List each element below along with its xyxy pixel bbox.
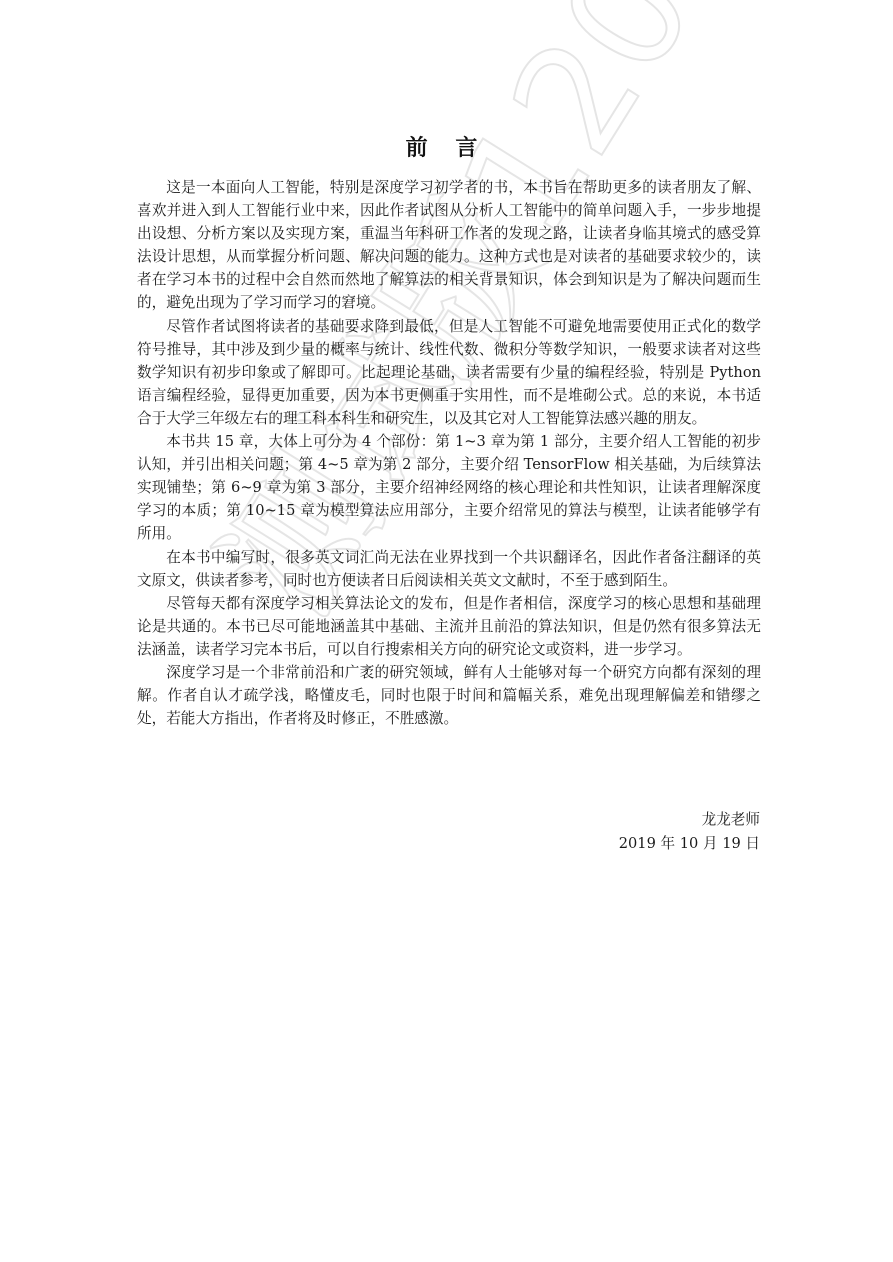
paragraph-closing: 深度学习是一个非常前沿和广袤的研究领域，鲜有人士能够对每一个研究方向都有深刻的理… [137, 661, 761, 730]
paragraph-prerequisites: 尽管作者试图将读者的基础要求降到最低，但是人工智能不可避免地需要使用正式化的数学… [137, 315, 761, 430]
page-title: 前 言 [0, 132, 893, 166]
preface-body: 这是一本面向人工智能，特别是深度学习初学者的书，本书旨在帮助更多的读者朋友了解、… [137, 176, 761, 730]
author-name: 龙龙老师 [619, 808, 760, 832]
paragraph-intro: 这是一本面向人工智能，特别是深度学习初学者的书，本书旨在帮助更多的读者朋友了解、… [137, 176, 761, 315]
signature-date: 2019 年 10 月 19 日 [619, 832, 760, 856]
paragraph-coverage: 尽管每天都有深度学习相关算法论文的发布，但是作者相信，深度学习的核心思想和基础理… [137, 592, 761, 661]
paragraph-translation: 在本书中编写时，很多英文词汇尚无法在业界找到一个共识翻译名，因此作者备注翻译的英… [137, 546, 761, 592]
paragraph-structure: 本书共 15 章，大体上可分为 4 个部份：第 1~3 章为第 1 部分，主要介… [137, 430, 761, 545]
document-page: 测试版1205 前 言 这是一本面向人工智能，特别是深度学习初学者的书，本书旨在… [0, 0, 893, 1262]
signature-block: 龙龙老师 2019 年 10 月 19 日 [619, 808, 760, 856]
